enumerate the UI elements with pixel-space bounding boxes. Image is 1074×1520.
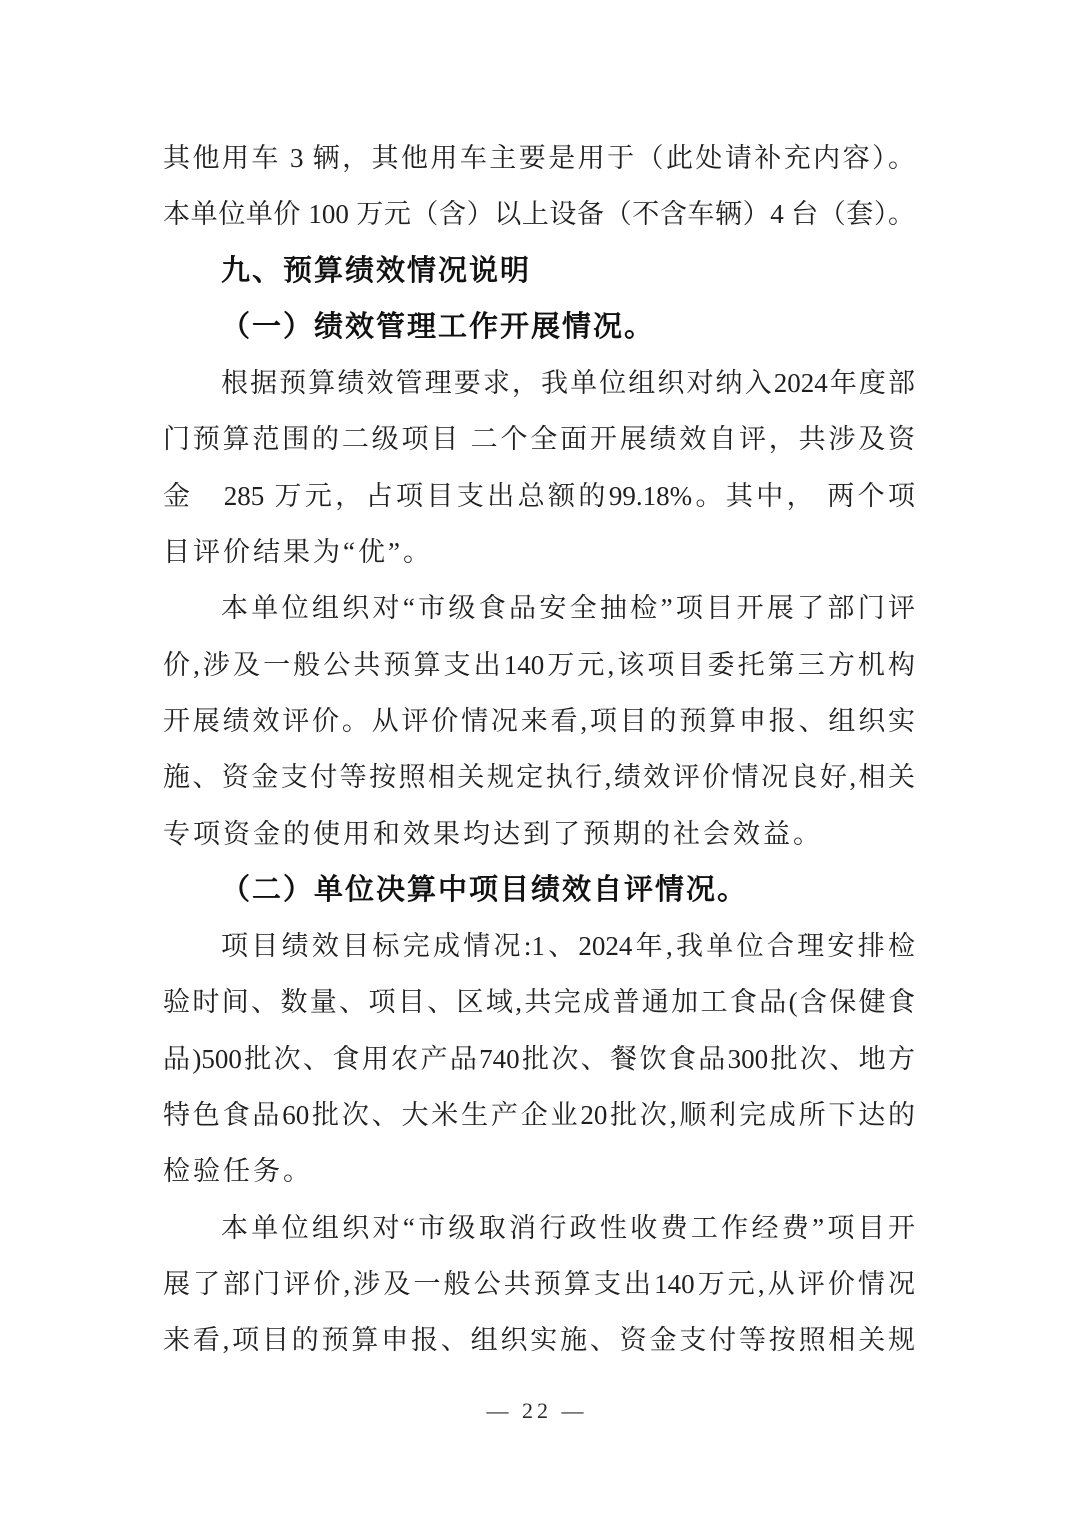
text-line: 本单位组织对“市级取消行政性收费工作经费”项目开 — [163, 1200, 915, 1256]
text-line: 品)500批次、食用农产品740批次、餐饮食品300批次、地方 — [163, 1031, 915, 1087]
text-line: 检验任务。 — [163, 1143, 915, 1199]
section-heading: 九、预算绩效情况说明 — [163, 243, 915, 299]
text-line: 门预算范围的二级项目 二个全面开展绩效自评，共涉及资 — [163, 411, 915, 467]
section-heading: （一）绩效管理工作开展情况。 — [163, 299, 915, 355]
text-line: 金 285 万元，占项目支出总额的99.18%。其中， 两个项 — [163, 468, 915, 524]
document-body: 其他用车 3 辆，其他用车主要是用于（此处请补充内容）。本单位单价 100 万元… — [163, 130, 915, 1369]
text-line: 根据预算绩效管理要求，我单位组织对纳入2024年度部 — [163, 355, 915, 411]
document-page: 其他用车 3 辆，其他用车主要是用于（此处请补充内容）。本单位单价 100 万元… — [0, 0, 1074, 1520]
text-line: 验时间、数量、项目、区域,共完成普通加工食品(含保健食 — [163, 974, 915, 1030]
text-line: 专项资金的使用和效果均达到了预期的社会效益。 — [163, 806, 915, 862]
text-line: 特色食品60批次、大米生产企业20批次,顺利完成所下达的 — [163, 1087, 915, 1143]
text-line: 展了部门评价,涉及一般公共预算支出140万元,从评价情况 — [163, 1256, 915, 1312]
page-number: — 22 — — [0, 1398, 1074, 1424]
text-line: 目评价结果为“优”。 — [163, 524, 915, 580]
text-line: 其他用车 3 辆，其他用车主要是用于（此处请补充内容）。 — [163, 130, 915, 186]
text-line: 项目绩效目标完成情况:1、2024年,我单位合理安排检 — [163, 918, 915, 974]
text-line: 施、资金支付等按照相关规定执行,绩效评价情况良好,相关 — [163, 749, 915, 805]
text-line: 开展绩效评价。从评价情况来看,项目的预算申报、组织实 — [163, 693, 915, 749]
text-line: 来看,项目的预算申报、组织实施、资金支付等按照相关规 — [163, 1312, 915, 1368]
text-line: 本单位单价 100 万元（含）以上设备（不含车辆）4 台（套）。 — [163, 186, 915, 242]
section-heading: （二）单位决算中项目绩效自评情况。 — [163, 862, 915, 918]
text-line: 本单位组织对“市级食品安全抽检”项目开展了部门评 — [163, 580, 915, 636]
text-line: 价,涉及一般公共预算支出140万元,该项目委托第三方机构 — [163, 637, 915, 693]
